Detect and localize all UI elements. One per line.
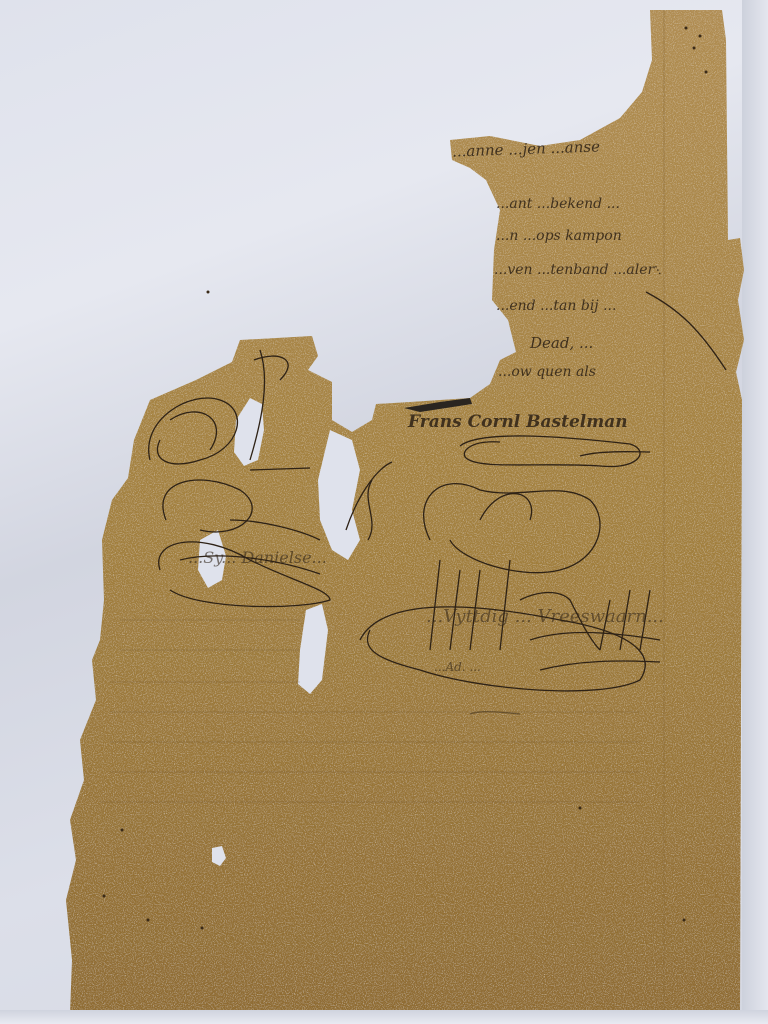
- manuscript-line: ...ow quen als: [498, 364, 596, 380]
- paper-body: [66, 10, 744, 1014]
- manuscript-line: ...end ...tan bij ...: [496, 298, 616, 314]
- manuscript-line: Dead, ...: [530, 334, 593, 352]
- left-signature: ...Sy... Danielse...: [188, 548, 327, 567]
- sub-signature: ...Ad. ...: [434, 660, 481, 674]
- manuscript-line: ...ant ...bekend ...: [496, 196, 620, 212]
- plastic-sleeve-edge-bottom: [0, 1010, 768, 1024]
- manuscript-fragment: [0, 0, 768, 1024]
- right-signature: ...Vyttdig ... Vreeswaarn...: [426, 606, 664, 627]
- manuscript-line: ...n ...ops kampon: [496, 228, 622, 244]
- name-line: Frans Cornl Bastelman: [408, 412, 628, 432]
- manuscript-line: ...ven ...tenband ...aler: [494, 262, 654, 278]
